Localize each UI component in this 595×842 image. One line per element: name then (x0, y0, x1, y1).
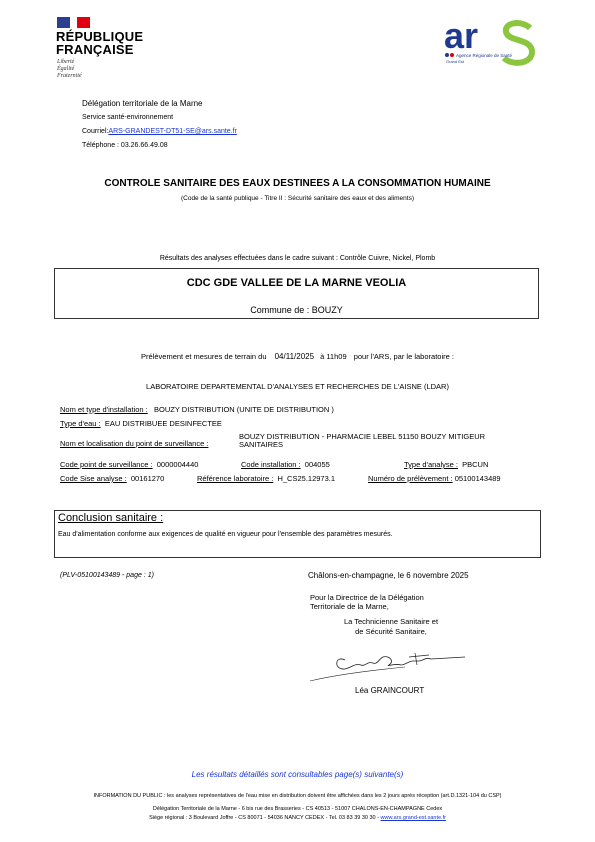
field-label: Type d'analyse : (404, 460, 458, 469)
phone-line: Téléphone : 03.26.66.49.08 (82, 139, 237, 153)
place-date: Châlons-en-champagne, le 6 novembre 2025 (308, 571, 469, 580)
sampling-suffix: pour l'ARS, par le laboratoire : (354, 352, 454, 361)
field-value: 004055 (305, 460, 330, 469)
conclusion-text: Eau d'alimentation conforme aux exigence… (58, 531, 393, 538)
sise-code-field: Code Sise analyse : 00161270 (60, 474, 164, 483)
installation-code-field: Code installation : 004055 (241, 460, 330, 469)
sampling-time: à 11h09 (320, 352, 347, 361)
conclusion-box: Conclusion sanitaire : Eau d'alimentatio… (54, 510, 541, 558)
field-label: Code installation : (241, 460, 301, 469)
point-value: BOUZY DISTRIBUTION - PHARMACIE LEBEL 511… (239, 433, 485, 449)
sampling-line: Prélèvement et mesures de terrain du 04/… (0, 352, 595, 361)
public-information: INFORMATION DU PUBLIC : les analyses rep… (0, 793, 595, 799)
field-value: 0000004440 (157, 460, 199, 469)
point-code-field: Code point de surveillance : 0000004440 (60, 460, 198, 469)
lab-ref-field: Référence laboratoire : H_CS25.12973.1 (197, 474, 335, 483)
water-type-field: Type d'eau : EAU DISTRIBUEE DESINFECTEE (60, 419, 222, 428)
on-behalf-line2: Territoriale de la Marne, (310, 602, 424, 611)
field-label: Numéro de prélèvement : (368, 474, 453, 483)
detail-results-note: Les résultats détaillés sont consultable… (0, 770, 595, 779)
sample-number-field: Numéro de prélèvement : 05100143489 (368, 474, 501, 483)
page-reference: (PLV-05100143489 - page : 1) (60, 572, 154, 579)
commune: Commune de : BOUZY (55, 305, 538, 315)
field-value: 00161270 (131, 474, 164, 483)
field-label: Code point de surveillance : (60, 460, 153, 469)
signature-icon (305, 645, 470, 685)
svg-text:Agence Régionale de Santé: Agence Régionale de Santé (456, 53, 513, 58)
delegation: Délégation territoriale de la Marne (82, 97, 237, 111)
svg-text:Grand Est: Grand Est (446, 59, 465, 64)
republique-francaise-logo: RÉPUBLIQUE FRANÇAISE (56, 30, 143, 56)
field-label: Code Sise analyse : (60, 474, 127, 483)
phone-value: 03.26.66.49.08 (121, 142, 168, 149)
point-value-line2: SANITAIRES (239, 441, 485, 449)
email-label: Courriel: (82, 128, 108, 135)
motto-egalite: Égalité (57, 66, 82, 73)
field-label: Nom et localisation du point de surveill… (60, 439, 208, 448)
conclusion-heading: Conclusion sanitaire : (58, 512, 163, 524)
field-value: 05100143489 (455, 474, 501, 483)
field-label: Nom et type d'installation : (60, 405, 148, 414)
field-value: BOUZY DISTRIBUTION (UNITE DE DISTRIBUTIO… (154, 405, 334, 414)
motto-fraternite: Fraternité (57, 73, 82, 80)
role-line1: La Technicienne Sanitaire et (330, 617, 452, 627)
signer-role: La Technicienne Sanitaire etde Sécurité … (330, 617, 452, 637)
on-behalf-line1: Pour la Directrice de la Délégation (310, 593, 424, 602)
analysis-context: Résultats des analyses effectuées dans l… (0, 255, 595, 262)
svg-text:ar: ar (444, 18, 478, 56)
sender-info: Délégation territoriale de la Marne Serv… (82, 97, 237, 153)
field-label: Référence laboratoire : (197, 474, 273, 483)
email-link[interactable]: ARS-GRANDEST-DT51-SE@ars.sante.fr (108, 128, 236, 135)
on-behalf-of: Pour la Directrice de la DélégationTerri… (310, 593, 424, 611)
sampling-date: 04/11/2025 (275, 352, 314, 361)
website-link[interactable]: www.ars.grand-est.sante.fr (381, 815, 446, 821)
regional-address-text: Siège régional : 3 Boulevard Joffre - CS… (149, 815, 380, 821)
document-title: CONTROLE SANITAIRE DES EAUX DESTINEES A … (0, 178, 595, 189)
role-line2: de Sécurité Sanitaire, (330, 627, 452, 637)
ars-logo-icon: ar Agence Régionale de Santé Grand Est (442, 18, 542, 68)
laboratory-name: LABORATOIRE DEPARTEMENTAL D'ANALYSES ET … (0, 382, 595, 391)
phone-label: Téléphone : (82, 142, 121, 149)
field-value: EAU DISTRIBUEE DESINFECTEE (105, 419, 222, 428)
network-box: CDC GDE VALLEE DE LA MARNE VEOLIA Commun… (54, 268, 539, 319)
marianne-flag-icon (57, 17, 90, 28)
email-line: Courriel:ARS-GRANDEST-DT51-SE@ars.sante.… (82, 125, 237, 139)
field-label: Type d'eau : (60, 419, 101, 428)
motto-liberte: Liberté (57, 59, 82, 66)
installation-field: Nom et type d'installation : BOUZY DISTR… (60, 405, 334, 414)
document-subtitle: (Code de la santé publique - Titre II : … (0, 195, 595, 202)
point-label: Nom et localisation du point de surveill… (60, 439, 208, 448)
republic-motto: Liberté Égalité Fraternité (57, 59, 82, 80)
network-name: CDC GDE VALLEE DE LA MARNE VEOLIA (55, 277, 538, 289)
regional-address: Siège régional : 3 Boulevard Joffre - CS… (0, 815, 595, 821)
logo-line2: FRANÇAISE (56, 43, 143, 56)
signer-name: Léa GRAINCOURT (355, 686, 424, 695)
field-value: PBCUN (462, 460, 488, 469)
delegation-address: Délégation Territoriale de la Marne - 6 … (0, 806, 595, 812)
sampling-prefix: Prélèvement et mesures de terrain du (141, 352, 266, 361)
service: Service santé-environnement (82, 111, 237, 125)
field-value: H_CS25.12973.1 (277, 474, 335, 483)
analysis-type-field: Type d'analyse : PBCUN (404, 460, 488, 469)
